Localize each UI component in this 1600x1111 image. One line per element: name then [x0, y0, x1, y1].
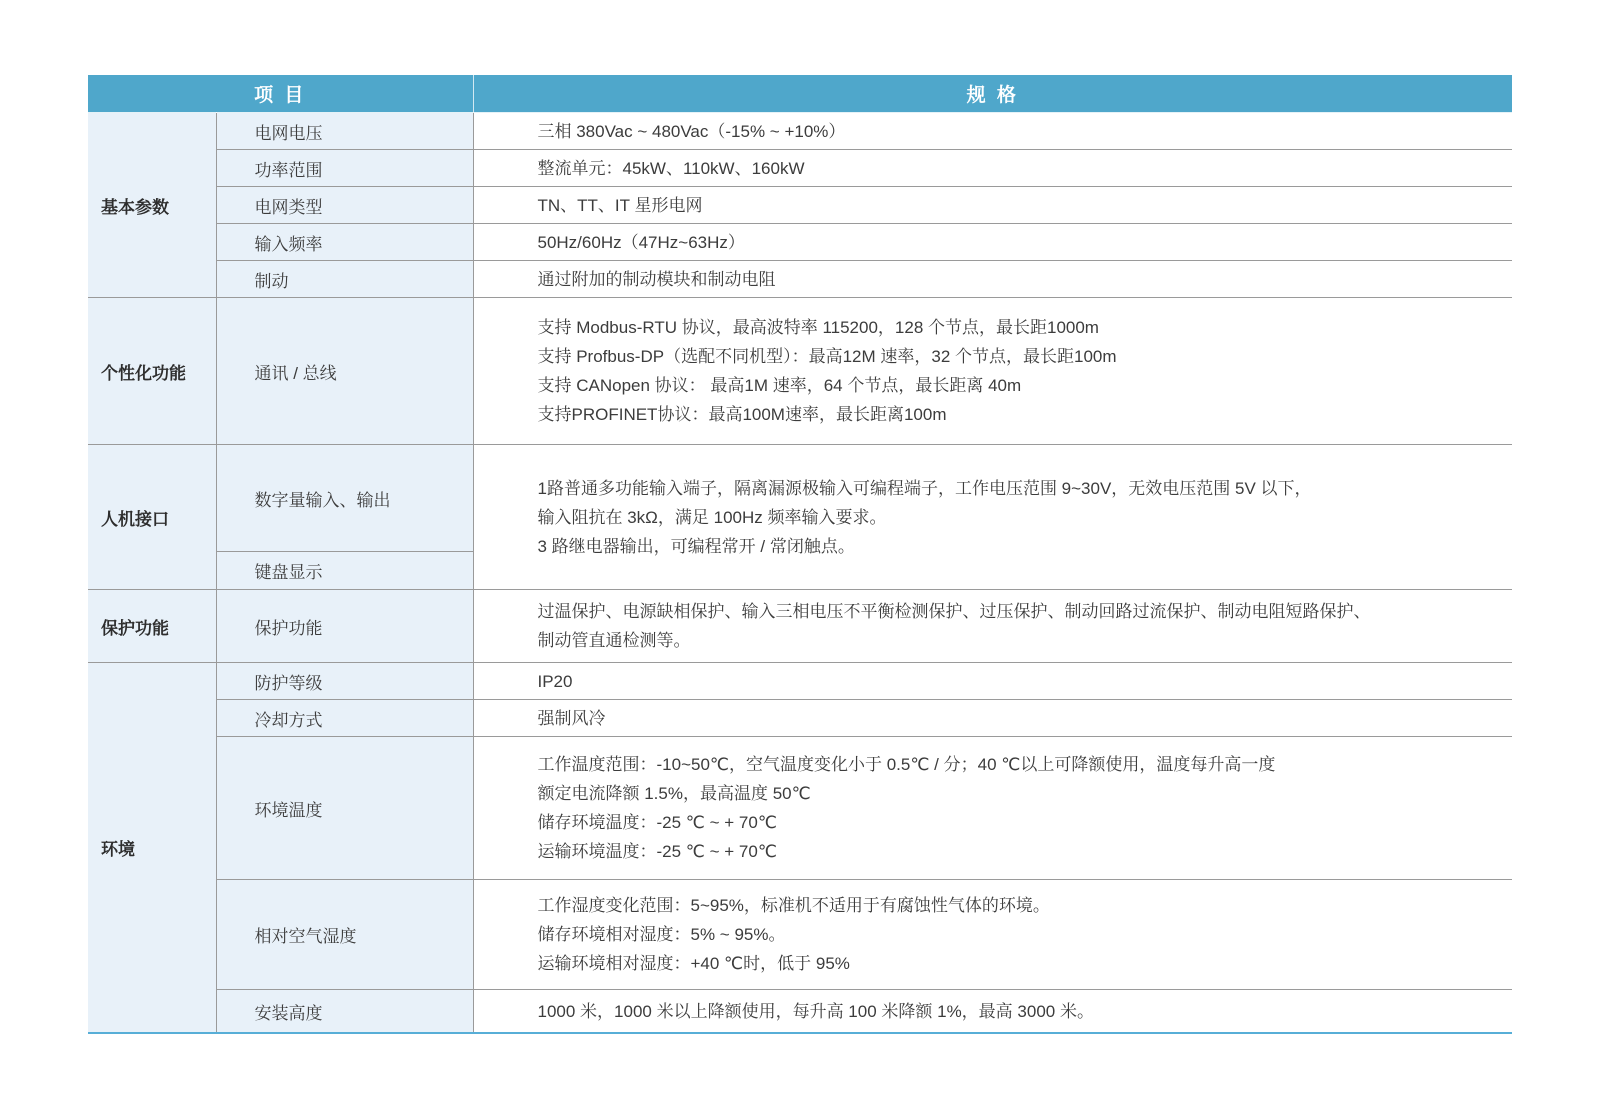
item-cell: 安装高度: [216, 990, 473, 1034]
spec-line: 储存环境相对湿度：5% ~ 95%。: [538, 920, 1489, 949]
spec-line: 1路普通多功能输入端子，隔离漏源极输入可编程端子，工作电压范围 9~30V，无效…: [538, 474, 1489, 503]
spec-cell: 支持 Modbus-RTU 协议，最高波特率 115200，128 个节点，最长…: [473, 298, 1512, 445]
item-cell: 数字量输入、输出: [216, 445, 473, 552]
spec-line: TN、TT、IT 星形电网: [538, 191, 1489, 220]
spec-cell: TN、TT、IT 星形电网: [473, 187, 1512, 224]
spec-line: 支持 Profbus-DP（选配不同机型）：最高12M 速率，32 个节点，最长…: [538, 342, 1489, 371]
table-row: 人机接口 数字量输入、输出 1路普通多功能输入端子，隔离漏源极输入可编程端子，工…: [88, 445, 1512, 552]
spec-line: 50Hz/60Hz（47Hz~63Hz）: [538, 228, 1489, 257]
spec-line: 过温保护、电源缺相保护、输入三相电压不平衡检测保护、过压保护、制动回路过流保护、…: [538, 597, 1489, 626]
group-label: 保护功能: [88, 590, 216, 663]
item-cell: 键盘显示: [216, 552, 473, 590]
spec-line: 支持 Modbus-RTU 协议，最高波特率 115200，128 个节点，最长…: [538, 313, 1489, 342]
spec-line: 工作湿度变化范围：5~95%，标准机不适用于有腐蚀性气体的环境。: [538, 891, 1489, 920]
group-label: 基本参数: [88, 113, 216, 298]
spec-cell: 50Hz/60Hz（47Hz~63Hz）: [473, 224, 1512, 261]
spec-cell: 过温保护、电源缺相保护、输入三相电压不平衡检测保护、过压保护、制动回路过流保护、…: [473, 590, 1512, 663]
table-row: 制动 通过附加的制动模块和制动电阻: [88, 261, 1512, 298]
spec-line: 输入阻抗在 3kΩ，满足 100Hz 频率输入要求。: [538, 503, 1489, 532]
item-cell: 电网类型: [216, 187, 473, 224]
spec-cell: IP20: [473, 663, 1512, 700]
spec-cell: 1路普通多功能输入端子，隔离漏源极输入可编程端子，工作电压范围 9~30V，无效…: [473, 445, 1512, 590]
spec-line: 支持 CANopen 协议： 最高1M 速率，64 个节点，最长距离 40m: [538, 371, 1489, 400]
header-spec-column: 规 格: [473, 75, 1512, 113]
table-row: 安装高度 1000 米，1000 米以上降额使用，每升高 100 米降额 1%，…: [88, 990, 1512, 1034]
spec-cell: 1000 米，1000 米以上降额使用，每升高 100 米降额 1%，最高 30…: [473, 990, 1512, 1034]
page: 项 目 规 格 基本参数 电网电压 三相 380Vac ~ 480Vac（-15…: [0, 0, 1600, 1111]
spec-cell: 强制风冷: [473, 700, 1512, 737]
item-cell: 防护等级: [216, 663, 473, 700]
spec-line: 强制风冷: [538, 704, 1489, 733]
table-row: 输入频率 50Hz/60Hz（47Hz~63Hz）: [88, 224, 1512, 261]
table-row: 环境 防护等级 IP20: [88, 663, 1512, 700]
table-row: 个性化功能 通讯 / 总线 支持 Modbus-RTU 协议，最高波特率 115…: [88, 298, 1512, 445]
spec-line: 通过附加的制动模块和制动电阻: [538, 265, 1489, 294]
spec-cell: 三相 380Vac ~ 480Vac（-15% ~ +10%）: [473, 113, 1512, 150]
item-cell: 冷却方式: [216, 700, 473, 737]
spec-line: 整流单元：45kW、110kW、160kW: [538, 154, 1489, 183]
table-row: 保护功能 保护功能 过温保护、电源缺相保护、输入三相电压不平衡检测保护、过压保护…: [88, 590, 1512, 663]
spec-line: 工作温度范围：-10~50℃，空气温度变化小于 0.5℃ / 分；40 ℃以上可…: [538, 750, 1489, 779]
spec-line: 三相 380Vac ~ 480Vac（-15% ~ +10%）: [538, 117, 1489, 146]
header-row: 项 目 规 格: [88, 75, 1512, 113]
spec-line: 运输环境相对湿度：+40 ℃时，低于 95%: [538, 949, 1489, 978]
table-row: 环境温度 工作温度范围：-10~50℃，空气温度变化小于 0.5℃ / 分；40…: [88, 737, 1512, 880]
spec-cell: 通过附加的制动模块和制动电阻: [473, 261, 1512, 298]
item-cell: 输入频率: [216, 224, 473, 261]
item-cell: 电网电压: [216, 113, 473, 150]
spec-line: 额定电流降额 1.5%，最高温度 50℃: [538, 779, 1489, 808]
item-cell: 相对空气湿度: [216, 880, 473, 990]
table-header: 项 目 规 格: [88, 75, 1512, 113]
spec-line: 支持PROFINET协议：最高100M速率，最长距离100m: [538, 400, 1489, 429]
item-cell: 功率范围: [216, 150, 473, 187]
table-row: 电网类型 TN、TT、IT 星形电网: [88, 187, 1512, 224]
table-row: 相对空气湿度 工作湿度变化范围：5~95%，标准机不适用于有腐蚀性气体的环境。 …: [88, 880, 1512, 990]
header-item-column: 项 目: [88, 75, 473, 113]
spec-cell: 整流单元：45kW、110kW、160kW: [473, 150, 1512, 187]
item-cell: 保护功能: [216, 590, 473, 663]
table-row: 基本参数 电网电压 三相 380Vac ~ 480Vac（-15% ~ +10%…: [88, 113, 1512, 150]
item-cell: 制动: [216, 261, 473, 298]
spec-line: 运输环境温度：-25 ℃ ~ + 70℃: [538, 837, 1489, 866]
spec-line: 1000 米，1000 米以上降额使用，每升高 100 米降额 1%，最高 30…: [538, 997, 1489, 1026]
spec-line: IP20: [538, 667, 1489, 696]
table-row: 冷却方式 强制风冷: [88, 700, 1512, 737]
spec-cell: 工作湿度变化范围：5~95%，标准机不适用于有腐蚀性气体的环境。 储存环境相对湿…: [473, 880, 1512, 990]
item-cell: 通讯 / 总线: [216, 298, 473, 445]
spec-table: 项 目 规 格 基本参数 电网电压 三相 380Vac ~ 480Vac（-15…: [88, 75, 1512, 1034]
spec-line: 储存环境温度：-25 ℃ ~ + 70℃: [538, 808, 1489, 837]
group-label: 个性化功能: [88, 298, 216, 445]
spec-line: 制动管直通检测等。: [538, 626, 1489, 655]
group-label: 环境: [88, 663, 216, 1034]
item-cell: 环境温度: [216, 737, 473, 880]
group-label: 人机接口: [88, 445, 216, 590]
spec-cell: 工作温度范围：-10~50℃，空气温度变化小于 0.5℃ / 分；40 ℃以上可…: [473, 737, 1512, 880]
spec-line: 3 路继电器输出，可编程常开 / 常闭触点。: [538, 532, 1489, 561]
table-row: 功率范围 整流单元：45kW、110kW、160kW: [88, 150, 1512, 187]
